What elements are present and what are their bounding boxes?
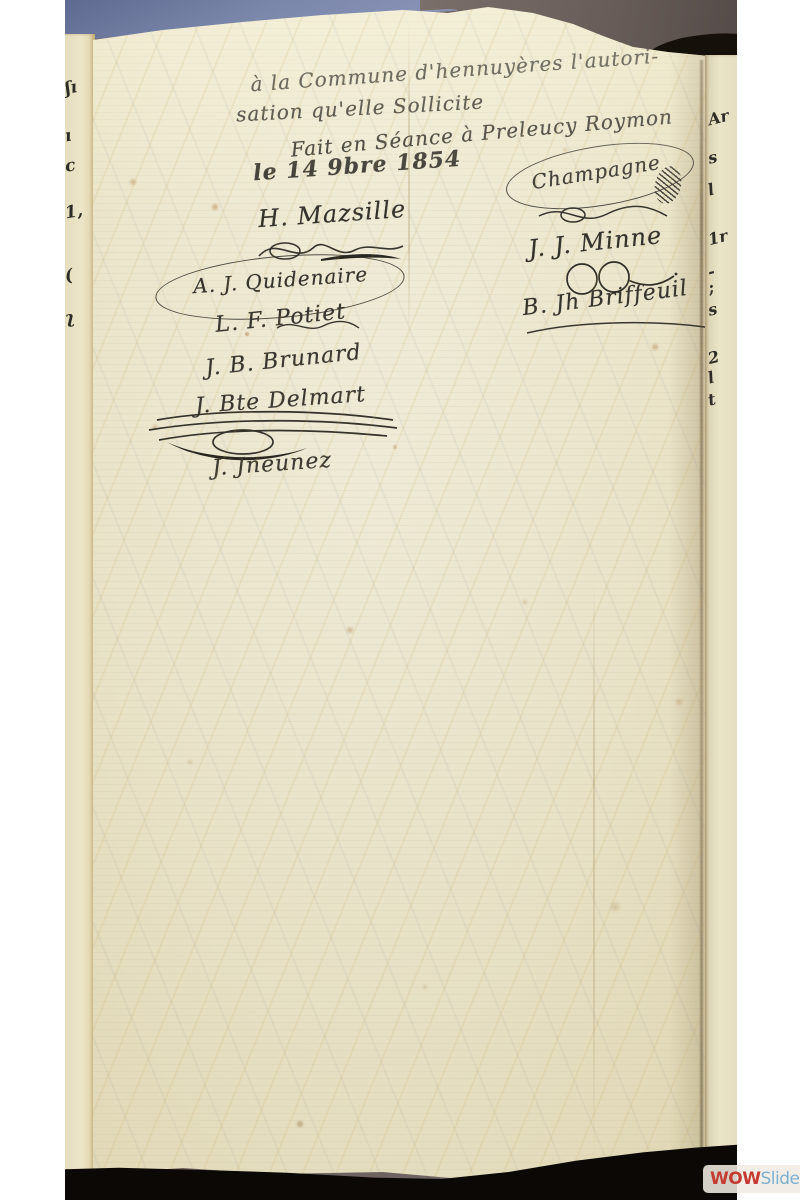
- left-page-edge: ʃı ı c 1, ( ʅ: [65, 34, 95, 1174]
- ink-fragment: s: [706, 147, 719, 168]
- book-photo: ʃı ı c 1, ( ʅ à la Commune d'hennuyères …: [65, 0, 737, 1200]
- wowslider-watermark[interactable]: WOWSlider: [703, 1165, 800, 1193]
- facing-page-strip: Ar s l 1r - ; s 2 l t: [705, 55, 737, 1155]
- ink-fragment: ı: [65, 126, 73, 147]
- screenshot-canvas: ʃı ı c 1, ( ʅ à la Commune d'hennuyères …: [0, 0, 800, 1200]
- ink-fragment: ʅ: [65, 307, 76, 328]
- signature-jneunez: J. Jneunez: [211, 448, 333, 481]
- signature-champagne: Champagne: [530, 150, 662, 194]
- ink-fragment: l: [706, 180, 716, 200]
- double-loop-flourish-icon: [548, 258, 678, 300]
- ink-fragment: ʃı: [65, 77, 79, 99]
- watermark-slider-label[interactable]: Slider: [760, 1169, 800, 1189]
- ink-fragment: t: [706, 389, 718, 409]
- paraph-flourish-icon: [251, 232, 411, 268]
- ink-fragment: l: [706, 368, 716, 388]
- signature-quidenaire: A. J. Quidenaire: [192, 262, 368, 298]
- paper-crease: [593, 580, 595, 1165]
- underline-swash-icon: [523, 318, 723, 338]
- signature-potiet: L. F. Potiet: [214, 299, 347, 338]
- document-page: à la Commune d'hennuyères l'autori- sati…: [93, 0, 709, 1200]
- ink-fragment: 1r: [706, 226, 730, 249]
- ink-fragment: Ar: [706, 106, 731, 129]
- watermark-wow-label[interactable]: WOW: [710, 1169, 760, 1189]
- signature-oval-flourish: [153, 245, 407, 329]
- delmart-paraph-icon: [145, 408, 405, 462]
- ink-fragment: c: [65, 155, 77, 176]
- ink-fragment: 1,: [65, 201, 84, 224]
- hatched-blob-icon: [651, 163, 685, 206]
- ink-fragment: ;: [706, 278, 716, 298]
- text-line-1: à la Commune d'hennuyères l'autori-: [250, 44, 660, 97]
- signature-briffeuil: B. Jh Briffeuil: [521, 276, 689, 321]
- text-line-3: Fait en Séance à Preleucy Roymon: [290, 104, 674, 161]
- champagne-cartouche: [501, 132, 698, 221]
- small-loop-flourish-icon: [273, 318, 363, 336]
- paper-crease: [408, 20, 410, 340]
- text-line-2: sation qu'elle Sollicite: [236, 90, 485, 127]
- ink-fragment: 2: [706, 347, 721, 368]
- signature-delmart: J. Bte Delmart: [194, 382, 366, 419]
- gutter-shadow: [669, 0, 709, 1200]
- ink-fragment: (: [65, 265, 75, 286]
- signature-mazsille: H. Mazsille: [257, 195, 407, 233]
- ink-fragment: s: [706, 299, 719, 320]
- champagne-flourish-icon: [531, 200, 671, 228]
- text-line-4-date: le 14 9bre 1854: [252, 146, 462, 186]
- signature-brunard: J. B. Brunard: [204, 340, 363, 381]
- signature-minne: J. J. Minne: [527, 221, 664, 263]
- gutter-fold-line: [700, 60, 703, 1160]
